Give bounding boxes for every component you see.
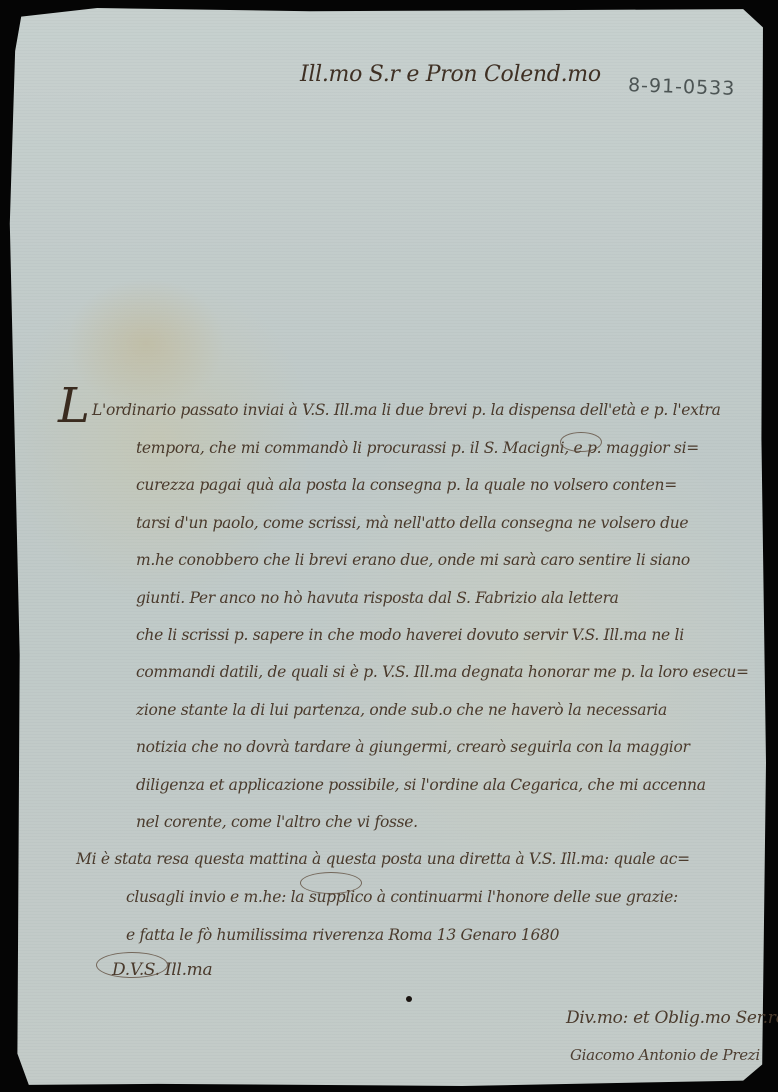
body-line-10: notizia che no dovrà tardare à giungermi… (136, 740, 690, 756)
body-line-4: tarsi d'un paolo, come scrissi, mà nell'… (136, 516, 688, 532)
paragraph2-line-1: Mi è stata resa questa mattina à questa … (76, 852, 690, 868)
archive-number: 8-91-0533 (628, 74, 736, 100)
body-line-2: tempora, che mi commandò li procurassi p… (136, 441, 699, 457)
closing-formula: Div.mo: et Oblig.mo Ser.re vero (566, 1008, 778, 1028)
body-line-11: diligenza et applicazione possibile, si … (136, 778, 706, 794)
body-line-5: m.he conobbero che li brevi erano due, o… (136, 553, 690, 569)
ink-dot (406, 996, 412, 1002)
body-line-3: curezza pagai quà ala posta la consegna … (136, 478, 677, 494)
salutation: Ill.mo S.r e Pron Colend.mo (300, 62, 601, 87)
flourish-ornament (300, 872, 362, 894)
body-line-12: nel corente, come l'altro che vi fosse. (136, 815, 418, 831)
flourish-ornament (96, 952, 168, 978)
document-scan: Ill.mo S.r e Pron Colend.mo 8-91-0533 L … (0, 0, 778, 1092)
body-line-1: L'ordinario passato inviai à V.S. Ill.ma… (92, 403, 721, 419)
paragraph2-line-2: clusagli invio e m.he: la supplico à con… (126, 890, 678, 906)
flourish-ornament (560, 432, 602, 452)
body-line-6: giunti. Per anco no hò havuta risposta d… (136, 591, 619, 607)
signature: Giacomo Antonio de Prezi (570, 1046, 760, 1064)
body-line-8: commandi datili, de quali si è p. V.S. I… (136, 665, 749, 681)
water-stain (66, 278, 226, 408)
decorated-initial: L (58, 378, 90, 434)
paper-sheet (6, 8, 766, 1086)
paragraph2-line-3: e fatta le fò humilissima riverenza Roma… (126, 928, 559, 944)
body-line-7: che li scrissi p. sapere in che modo hav… (136, 628, 684, 644)
body-line-9: zione stante la di lui partenza, onde su… (136, 703, 667, 719)
